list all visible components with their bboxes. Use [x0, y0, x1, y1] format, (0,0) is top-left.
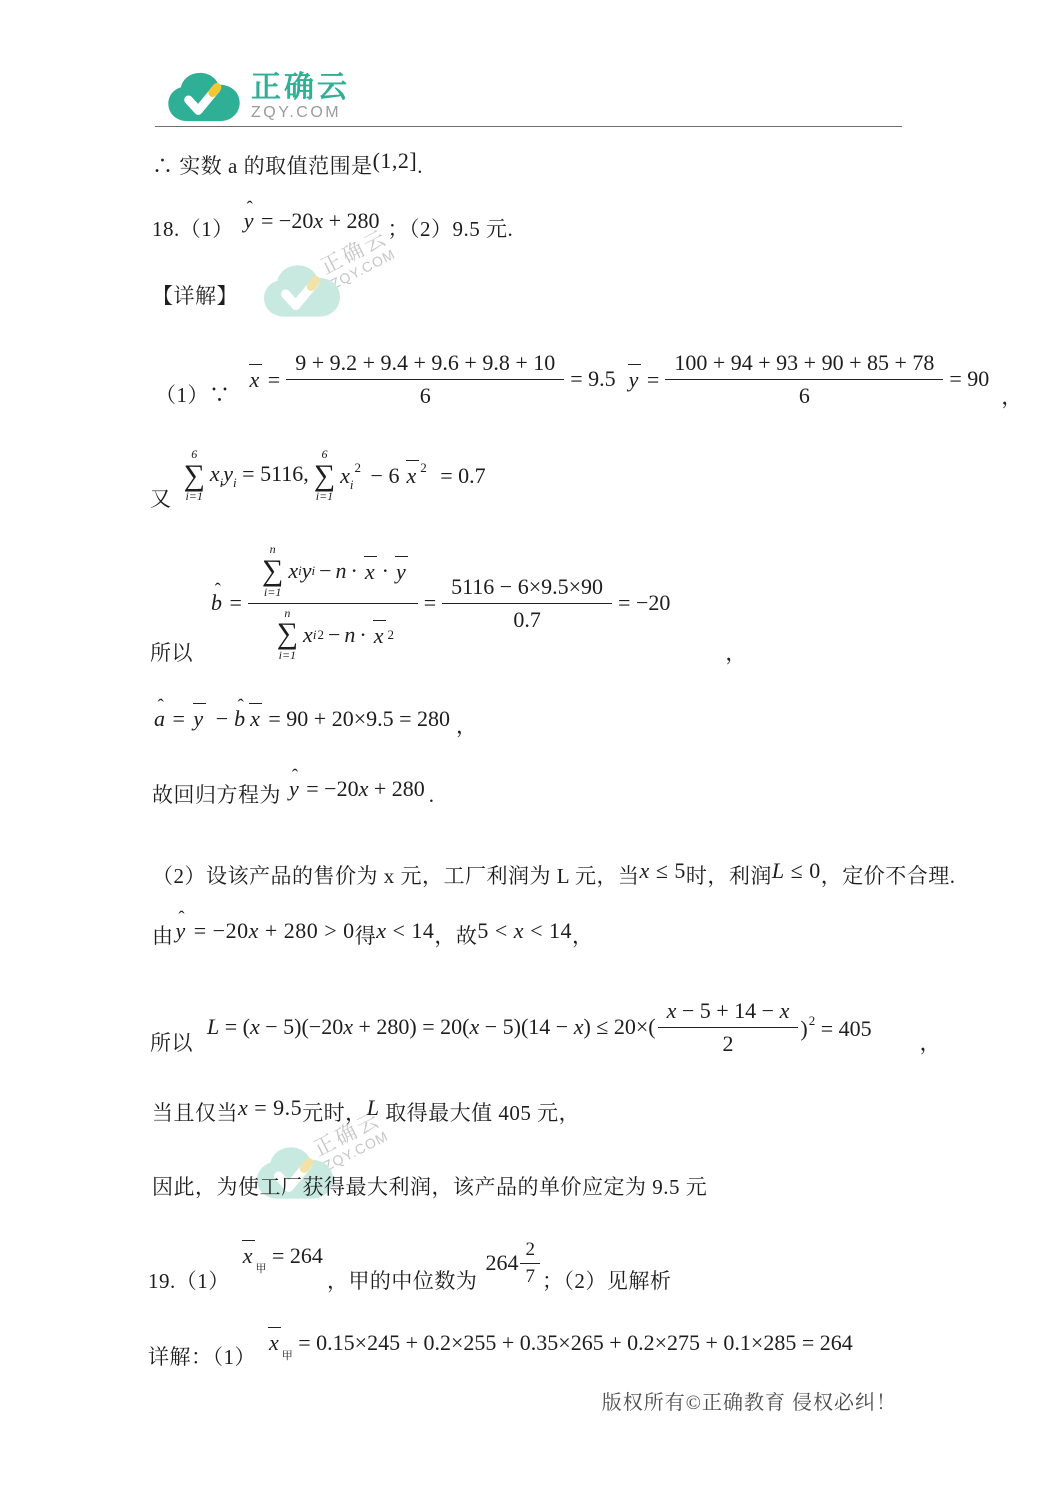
line-conclusion: 因此，为使工厂获得最大利润，该产品的单价应定为 9.5 元 [152, 1172, 707, 1202]
math-regression-eq: y = −20x + 280 [242, 208, 380, 234]
sum-lower-limit: i=1 [279, 649, 296, 663]
fraction-denominator: 6 [799, 380, 810, 409]
math-run: = [173, 706, 185, 731]
yhat-var: y [242, 208, 256, 234]
sup-2: 2 [317, 627, 324, 643]
x-var: x [288, 558, 298, 584]
ahat-var: a [152, 706, 167, 732]
math-run: + 280 [329, 208, 380, 233]
fraction-numerator: 9 + 9.2 + 9.4 + 9.6 + 9.8 + 10 [286, 350, 564, 380]
ybar-var: y [626, 365, 642, 393]
punct-dot: . [429, 780, 435, 810]
mean-calculation: x甲 = 0.15×245 + 0.2×255 + 0.35×265 + 0.2… [266, 1328, 853, 1363]
text-run: 得 [355, 924, 377, 948]
y-var: y [302, 558, 312, 584]
x-var: x [303, 622, 313, 648]
punct-comma: ， [327, 1266, 349, 1296]
sub-i: i [313, 627, 317, 643]
math-run: = −20 [306, 776, 358, 801]
line-regression-equation: 故回归方程为 y = −20x + 280 . [152, 770, 435, 810]
y-var: y [223, 461, 233, 486]
math-run: = 90 + 20×9.5 = 280 [268, 706, 450, 731]
bhat-var: b [209, 590, 224, 616]
x-var: x [313, 208, 323, 233]
sum-symbol: n ∑ i=1 [277, 607, 298, 663]
math-run: + 280 [374, 776, 425, 801]
sub-i: i [233, 475, 237, 490]
math-run: = −20 [194, 918, 249, 943]
fraction-denominator: 7 [520, 1264, 540, 1288]
math-fraction: x − 5 + 14 − x 2 [658, 998, 799, 1057]
x-var: x [514, 918, 524, 943]
math-fraction: 27 [520, 1239, 540, 1288]
sigma-icon: ∑ [184, 462, 205, 491]
bhat-var: b [232, 706, 247, 732]
bhat-main-fraction: n ∑ i=1 xiyi −n·x·y n ∑ i=1 xi2 −n·x2 [248, 543, 418, 662]
math-regression-eq: y = −20x + 280 [287, 776, 425, 802]
dot-op: · [359, 622, 366, 648]
math-inequality: y = −20x + 280 > 0 [174, 918, 355, 943]
ybar-var: y [190, 704, 206, 732]
minus-op: − [319, 558, 331, 584]
dot-op: · [351, 558, 358, 584]
page-footer: 版权所有©正确教育 侵权必纠！ [0, 1386, 897, 1415]
line-sum-formula: 又 6 ∑ i=1 xiyi = 5116, 6 ∑ i=1 xi2 − 6x2… [150, 438, 486, 514]
x-var: x [343, 1014, 353, 1039]
math-run: L = (x − 5)(−20x + 280) = 20(x − 5)(14 −… [207, 1014, 656, 1040]
math-run: ≤ 0 [785, 858, 821, 883]
line-answer-18: 18.（1） y = −20x + 280 ；（2）9.5 元. [152, 200, 513, 244]
brand-text: 正确云 ZQY.COM [251, 72, 350, 121]
brand-domain: ZQY.COM [251, 104, 350, 122]
math-run: 5 < [477, 918, 513, 943]
x-var: x [469, 1014, 479, 1039]
math-run: = [230, 590, 242, 615]
line-profit-inequality: 所以 L = (x − 5)(−20x + 280) = 20(x − 5)(1… [150, 996, 941, 1058]
text-run: ；（2）见解析 [542, 1266, 672, 1296]
math-run: = 405 [821, 1016, 872, 1041]
fraction-denominator: 0.7 [513, 604, 541, 633]
x-var: x [249, 918, 259, 943]
brand-name: 正确云 [251, 72, 350, 104]
math-run: ) ≤ 20×( [583, 1014, 655, 1039]
xbar-var: x [247, 704, 263, 732]
fraction-numerator: x − 5 + 14 − x [658, 998, 799, 1028]
item-label: 详解：（1） [148, 1342, 256, 1372]
math-run: = [647, 367, 659, 392]
xbar-var: x [266, 1328, 282, 1356]
n-var: n [336, 558, 347, 584]
line-domain: 由y = −20x + 280 > 0得x < 14，故5 < x < 14， [152, 915, 593, 951]
x-var: x [376, 918, 386, 943]
ybar-lhs: y = [626, 365, 660, 393]
math-run: )2 = 405 [800, 1013, 871, 1042]
math-run: = ( [219, 1014, 250, 1039]
sum-symbol: 6 ∑ i=1 [314, 448, 335, 504]
paren-close: ) [800, 1016, 807, 1041]
brand-cloud-check-icon [166, 70, 242, 124]
ybar-var: y [393, 557, 409, 585]
math-interval: (1,2] [373, 148, 418, 173]
document-page: 正确云 ZQY.COM 正确云 ZQY.COM 正确云 ZQY.COM ∴ 实数… [0, 0, 1058, 1497]
whole-number: 264 [485, 1250, 518, 1276]
x-var: x [359, 776, 369, 801]
sub-i: i [311, 563, 315, 579]
item-label: （1）∵ [155, 380, 231, 410]
x-var: x [667, 998, 677, 1023]
text-run: 因此，为使工厂获得最大利润，该产品的单价应定为 9.5 元 [152, 1175, 707, 1199]
item-label: 19.（1） [148, 1266, 230, 1296]
math-run: = [424, 590, 436, 616]
watermark-cloud-icon [262, 262, 342, 320]
math-run: − 5 + 14 − [676, 998, 779, 1023]
x-var: x [780, 998, 790, 1023]
math-run: = −20 [261, 208, 313, 233]
math-run: = 9.5 [570, 366, 615, 392]
sup-2: 2 [387, 627, 394, 643]
math-cond: x ≤ 5 [640, 858, 686, 883]
math-inequality: x < 14 [376, 918, 434, 943]
text-run: 元时， [302, 1101, 367, 1125]
math-run: = 264 [272, 1243, 323, 1268]
math-run: = 0.7 [440, 463, 485, 488]
text-run: 取得最大值 405 元， [385, 1101, 580, 1125]
minus-op: − [216, 706, 228, 731]
text-run: . [417, 154, 423, 178]
math-cond: x = 9.5 [238, 1095, 302, 1120]
fraction-numerator: n ∑ i=1 xiyi −n·x·y [248, 543, 418, 603]
text-run: 当且仅当 [152, 1101, 238, 1125]
yhat-var: y [174, 915, 188, 947]
math-run: ≤ 5 [650, 858, 686, 883]
L-var: L [207, 1014, 219, 1039]
fraction-denominator: n ∑ i=1 xi2 −n·x2 [272, 604, 394, 663]
math-run: xiyi = 5116, [210, 461, 309, 491]
math-fraction: 100 + 94 + 93 + 90 + 85 + 78 6 [665, 350, 943, 409]
sum-symbol: n ∑ i=1 [262, 543, 283, 599]
punct-comma: ， [920, 1028, 942, 1058]
x-var: x [640, 858, 650, 883]
sub-jia: 甲 [256, 1263, 267, 1275]
xbar-var: x [247, 365, 263, 393]
math-cond: L ≤ 0 [772, 858, 821, 883]
x-var: x [340, 463, 350, 488]
fraction-numerator: 100 + 94 + 93 + 90 + 85 + 78 [665, 350, 943, 380]
line-ahat-formula: a = y −bx = 90 + 20×9.5 = 280 ， [152, 695, 478, 741]
x-var: x [250, 1014, 260, 1039]
header-divider [155, 126, 902, 127]
xbar-var: x [371, 621, 387, 649]
dot-op: · [382, 558, 389, 584]
math-fraction: 5116 − 6×9.5×90 0.7 [442, 574, 612, 633]
minus-op: − [328, 622, 340, 648]
math-inequality: 5 < x < 14 [477, 918, 572, 943]
sub-jia: 甲 [282, 1350, 293, 1362]
sigma-icon: ∑ [262, 557, 283, 586]
item-label: 又 [150, 484, 172, 514]
item-label: 所以 [150, 1028, 193, 1058]
x-var: x [238, 1095, 248, 1120]
sup-2: 2 [809, 1013, 816, 1028]
sigma-icon: ∑ [277, 620, 298, 649]
line-detail-19: 详解：（1） x甲 = 0.15×245 + 0.2×255 + 0.35×26… [148, 1330, 853, 1372]
brand-logo: 正确云 ZQY.COM [166, 70, 350, 124]
bhat-lhs: b = [209, 590, 242, 616]
math-run: < 14 [524, 918, 572, 943]
math-fraction: 9 + 9.2 + 9.4 + 9.6 + 9.8 + 10 6 [286, 350, 564, 409]
text-run: （2）设该产品的售价为 x 元，工厂利润为 L 元，当 [152, 864, 640, 888]
text-run: ∴ 实数 a 的取值范围是 [152, 154, 373, 178]
math-run: = 5116, [242, 461, 309, 486]
fraction-denominator: 6 [420, 380, 431, 409]
line-range-conclusion: ∴ 实数 a 的取值范围是(1,2]. [152, 145, 423, 181]
math-run: − 5)(−20 [260, 1014, 343, 1039]
detail-tag: 【详解】 [152, 284, 238, 308]
xbar-var: x [240, 1241, 256, 1269]
text-run: 故回归方程为 [152, 780, 281, 810]
math-run: = 9.5 [248, 1095, 302, 1120]
text-run: ，定价不合理. [821, 864, 956, 888]
xbar-lhs: x = [247, 365, 281, 393]
math-run: + 280 > 0 [265, 918, 355, 943]
punct-comma: ， [456, 711, 478, 741]
text-run: ；（2）9.5 元. [388, 214, 514, 244]
line-bhat-formula: 所以 b = n ∑ i=1 xiyi −n·x·y n ∑ i=1 xi2 −… [150, 538, 747, 668]
punct-comma: ， [572, 924, 594, 948]
yhat-var: y [287, 776, 301, 802]
math-run: = 0.15×245 + 0.2×255 + 0.35×265 + 0.2×27… [298, 1330, 852, 1355]
item-label: 所以 [150, 638, 193, 668]
xbar-jia-eq: x甲 = 264 [240, 1241, 323, 1276]
math-run: + 280) = 20( [353, 1014, 469, 1039]
watermark-1: 正确云 ZQY.COM [262, 238, 437, 343]
line-answer-19: 19.（1） x甲 = 264 ， 甲的中位数为 26427 ；（2）见解析 [148, 1230, 671, 1296]
math-run: = −20 [618, 590, 670, 616]
xbar-var: x [403, 461, 419, 489]
sum-lower-limit: i=1 [316, 490, 333, 504]
line-part2-setup: （2）设该产品的售价为 x 元，工厂利润为 L 元，当x ≤ 5时，利润L ≤ … [152, 855, 955, 891]
text-run: ，故 [434, 924, 477, 948]
item-label: 18.（1） [152, 214, 234, 244]
line-max-condition: 当且仅当x = 9.5元时，L 取得最大值 405 元， [152, 1092, 580, 1128]
math-run: = [268, 367, 280, 392]
watermark-domain: ZQY.COM [321, 1128, 392, 1174]
sup-2: 2 [355, 460, 362, 475]
watermark-domain: ZQY.COM [328, 246, 399, 292]
math-run: a = y −bx = 90 + 20×9.5 = 280 [152, 704, 450, 732]
x-var: x [210, 461, 220, 486]
math-run: = 90 [949, 366, 989, 392]
punct-comma: ， [725, 638, 747, 668]
sum-lower-limit: i=1 [264, 586, 281, 600]
punct-comma: ， [1001, 382, 1023, 412]
sup-2: 2 [420, 460, 427, 475]
mixed-number: 26427 [485, 1239, 542, 1288]
line-detail-tag: 【详解】 [152, 281, 238, 311]
L-var: L [367, 1095, 380, 1120]
math-run: − 6 [371, 463, 400, 488]
fraction-numerator: 2 [520, 1239, 540, 1264]
text-run: 时，利润 [686, 864, 772, 888]
sub-i: i [350, 477, 354, 492]
sum-lower-limit: i=1 [185, 490, 202, 504]
math-run: < 14 [386, 918, 434, 943]
copyright-text: 版权所有©正确教育 侵权必纠！ [602, 1392, 897, 1414]
L-var: L [772, 858, 785, 883]
xbar-var: x [362, 557, 378, 585]
math-run: − 5)(14 − [479, 1014, 573, 1039]
fraction-denominator: 2 [722, 1028, 733, 1057]
sigma-icon: ∑ [314, 462, 335, 491]
fraction-numerator: 5116 − 6×9.5×90 [442, 574, 612, 604]
text-run: 由 [152, 924, 174, 948]
math-run: xi2 − 6x2 = 0.7 [340, 460, 486, 493]
n-var: n [344, 622, 355, 648]
line-mean-formula: （1）∵ x = 9 + 9.2 + 9.4 + 9.6 + 9.8 + 10 … [155, 346, 1023, 412]
sum-symbol: 6 ∑ i=1 [184, 448, 205, 504]
x-var: x [574, 1014, 584, 1039]
text-run: 甲的中位数为 [348, 1266, 477, 1296]
